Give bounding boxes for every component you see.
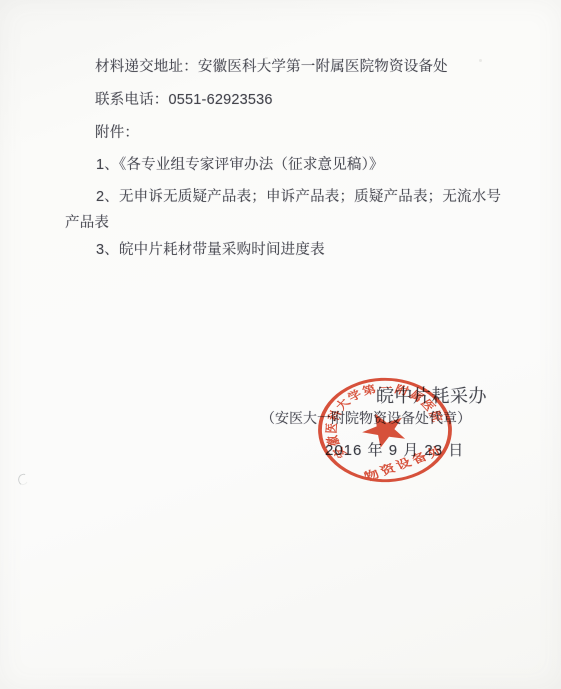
official-red-stamp: 安徽医科大学第一附属医院 物资设备处 bbox=[300, 355, 470, 505]
scanned-document-page: 材料递交地址：安徽医科大学第一附属医院物资设备处 联系电话：0551-62923… bbox=[0, 0, 561, 689]
contact-phone-line: 联系电话：0551-62923536 bbox=[95, 91, 273, 109]
attachment-item-2-continued: 产品表 bbox=[65, 214, 109, 232]
attachments-heading: 附件： bbox=[95, 124, 139, 142]
submission-address-line: 材料递交地址：安徽医科大学第一附属医院物资设备处 bbox=[95, 58, 448, 76]
attachment-item-1: 1、《各专业组专家评审办法（征求意见稿）》 bbox=[96, 156, 384, 174]
scan-speck bbox=[479, 59, 482, 62]
scan-smudge-mark bbox=[17, 473, 30, 487]
scan-speck bbox=[265, 57, 268, 59]
attachment-item-3: 3、皖中片耗材带量采购时间进度表 bbox=[96, 241, 325, 259]
star-icon bbox=[355, 407, 412, 451]
attachment-item-2: 2、无申诉无质疑产品表；申诉产品表；质疑产品表；无流水号 bbox=[96, 188, 501, 206]
